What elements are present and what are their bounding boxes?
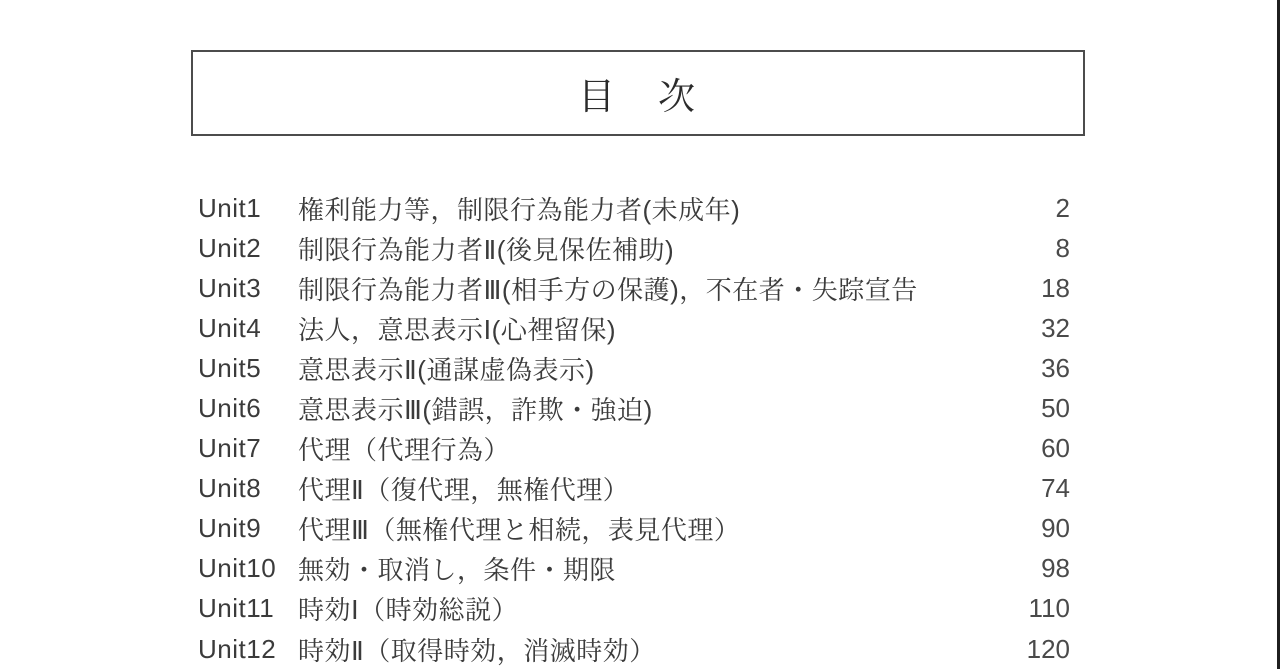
toc-entry: Unit1 権利能力等，制限行為能力者(未成年) 2 <box>198 188 1070 228</box>
entry-title: 時効Ⅰ（時効総説） <box>298 590 1000 627</box>
unit-label: Unit12 <box>198 634 298 665</box>
page-number: 2 <box>1010 193 1070 224</box>
page-number: 32 <box>1010 313 1070 344</box>
toc-entry: Unit12 時効Ⅱ（取得時効，消滅時効） 120 <box>198 629 1070 669</box>
scanned-toc-page: 目 次 Unit1 権利能力等，制限行為能力者(未成年) 2 Unit2 制限行… <box>0 0 1280 669</box>
page-number: 74 <box>1010 473 1070 504</box>
toc-entry: Unit9 代理Ⅲ（無権代理と相続，表見代理） 90 <box>198 509 1070 549</box>
toc-entry: Unit8 代理Ⅱ（復代理，無権代理） 74 <box>198 469 1070 509</box>
entry-title: 法人，意思表示Ⅰ(心裡留保) <box>298 310 1000 347</box>
entry-title: 制限行為能力者Ⅲ(相手方の保護)，不在者・失踪宣告 <box>298 270 1000 307</box>
page-number: 8 <box>1010 233 1070 264</box>
toc-entry: Unit11 時効Ⅰ（時効総説） 110 <box>198 589 1070 629</box>
page-number: 18 <box>1010 273 1070 304</box>
entry-title: 意思表示Ⅱ(通謀虚偽表示) <box>298 350 1000 387</box>
unit-label: Unit6 <box>198 393 298 424</box>
entry-title: 代理Ⅱ（復代理，無権代理） <box>298 470 1000 507</box>
unit-label: Unit8 <box>198 473 298 504</box>
unit-label: Unit3 <box>198 273 298 304</box>
unit-label: Unit11 <box>198 593 298 624</box>
toc-entry: Unit7 代理（代理行為） 60 <box>198 429 1070 469</box>
page-number: 90 <box>1010 513 1070 544</box>
unit-label: Unit10 <box>198 553 298 584</box>
unit-label: Unit5 <box>198 353 298 384</box>
toc-title-box: 目 次 <box>191 50 1085 136</box>
toc-entry: Unit5 意思表示Ⅱ(通謀虚偽表示) 36 <box>198 348 1070 388</box>
page-number: 50 <box>1010 393 1070 424</box>
entry-title: 代理（代理行為） <box>298 430 1000 467</box>
toc-entry: Unit10 無効・取消し，条件・期限 98 <box>198 549 1070 589</box>
unit-label: Unit4 <box>198 313 298 344</box>
unit-label: Unit7 <box>198 433 298 464</box>
page-number: 60 <box>1010 433 1070 464</box>
entry-title: 権利能力等，制限行為能力者(未成年) <box>298 190 1000 227</box>
page-number: 110 <box>1010 593 1070 624</box>
toc-list: Unit1 権利能力等，制限行為能力者(未成年) 2 Unit2 制限行為能力者… <box>198 188 1070 669</box>
entry-title: 時効Ⅱ（取得時効，消滅時効） <box>298 631 1000 668</box>
toc-entry: Unit3 制限行為能力者Ⅲ(相手方の保護)，不在者・失踪宣告 18 <box>198 268 1070 308</box>
unit-label: Unit2 <box>198 233 298 264</box>
toc-entry: Unit6 意思表示Ⅲ(錯誤，詐欺・強迫) 50 <box>198 388 1070 428</box>
toc-title: 目 次 <box>578 66 698 120</box>
toc-entry: Unit2 制限行為能力者Ⅱ(後見保佐補助) 8 <box>198 228 1070 268</box>
toc-entry: Unit4 法人，意思表示Ⅰ(心裡留保) 32 <box>198 308 1070 348</box>
unit-label: Unit9 <box>198 513 298 544</box>
entry-title: 無効・取消し，条件・期限 <box>298 550 1000 587</box>
page-number: 120 <box>1010 634 1070 665</box>
entry-title: 代理Ⅲ（無権代理と相続，表見代理） <box>298 510 1000 547</box>
entry-title: 意思表示Ⅲ(錯誤，詐欺・強迫) <box>298 390 1000 427</box>
page-number: 36 <box>1010 353 1070 384</box>
entry-title: 制限行為能力者Ⅱ(後見保佐補助) <box>298 230 1000 267</box>
unit-label: Unit1 <box>198 193 298 224</box>
page-number: 98 <box>1010 553 1070 584</box>
